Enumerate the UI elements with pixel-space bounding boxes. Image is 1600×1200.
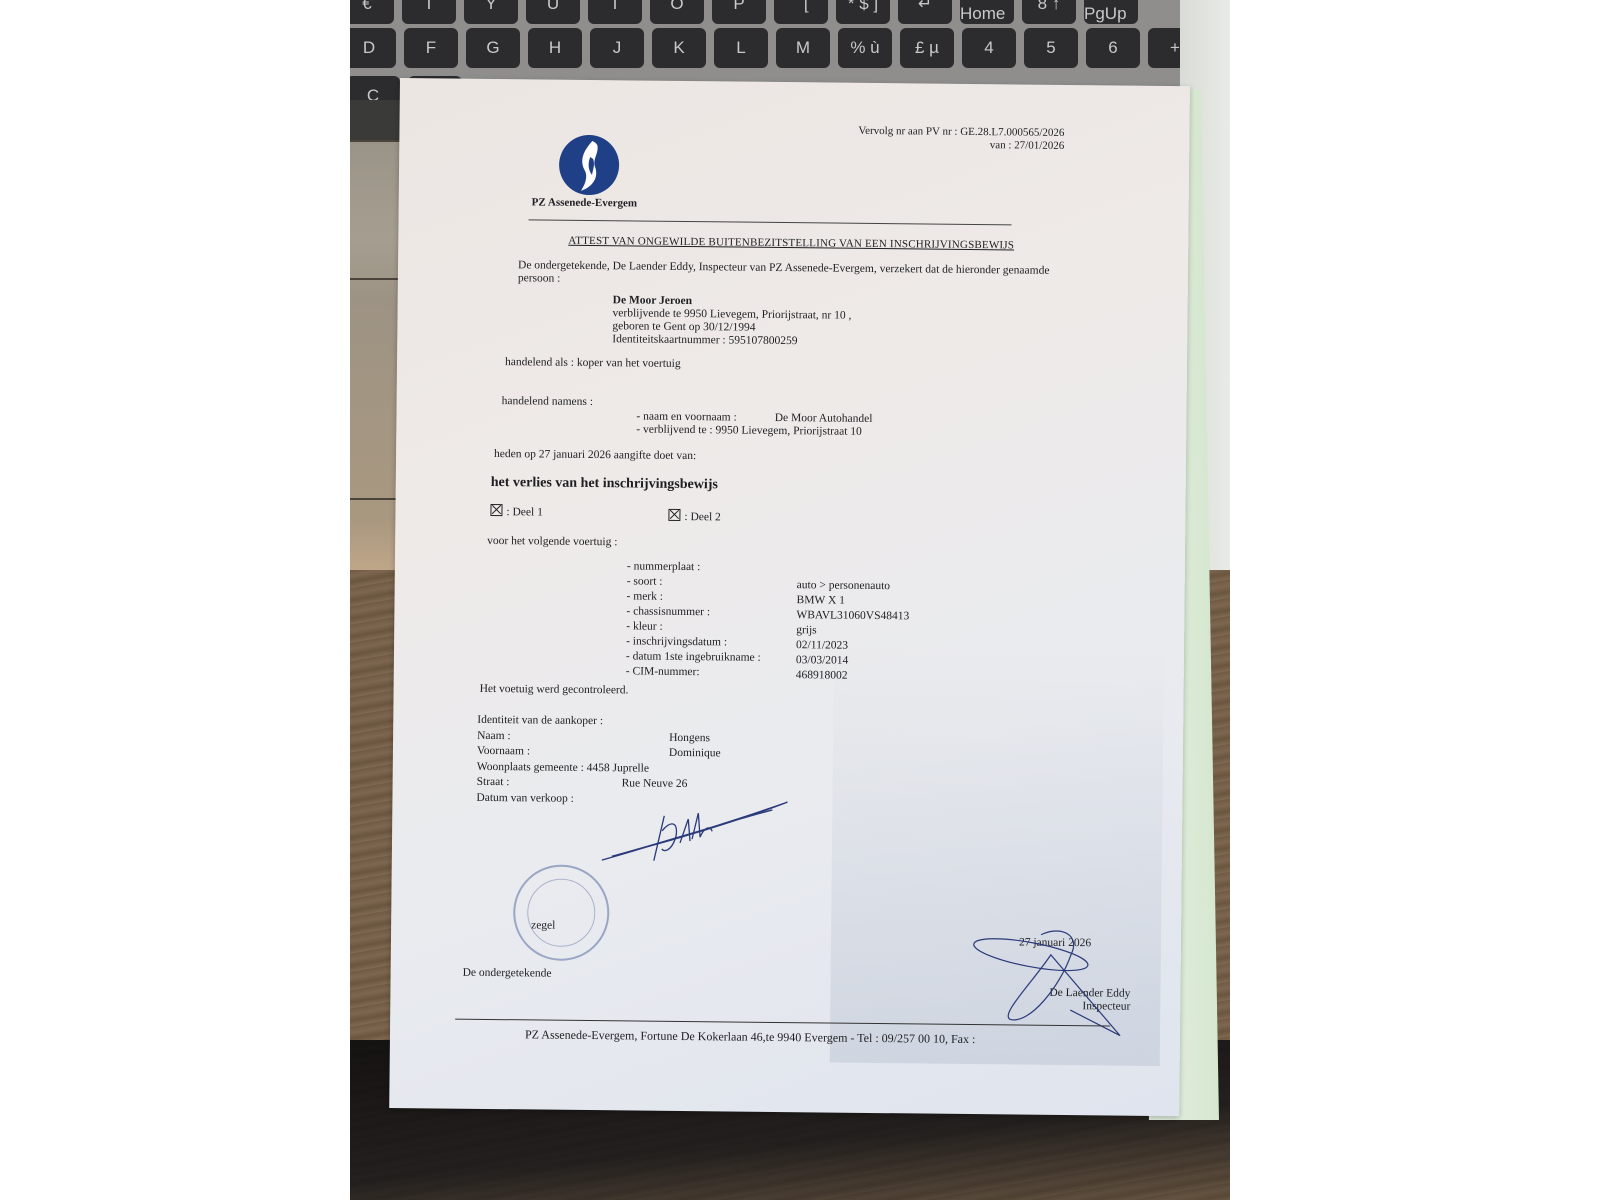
on-behalf-name-label: - naam en voornaam : [636, 410, 736, 423]
buyer-name: Hongens [669, 730, 710, 746]
header-divider [529, 219, 1012, 225]
keyboard-key: 5 [1024, 28, 1078, 68]
keyboard-key: I [588, 0, 642, 24]
buyer-firstname-label: Voornaam : [477, 745, 530, 758]
on-behalf-address-label: - verblijvend te : [636, 423, 712, 436]
photo-scene: €TYUIOP¨ [* $ ]↵7 Home8 ↑9 PgUpDFGHJKLM%… [350, 0, 1230, 1200]
keyboard-key: 6 [1086, 28, 1140, 68]
keyboard-key: 9 PgUp [1084, 0, 1138, 24]
part-2-label: : Deel 2 [684, 511, 721, 523]
pv-date: van : 27/01/2026 [858, 138, 1064, 153]
vehicle-field-value: 02/11/2023 [796, 639, 848, 652]
document-title: ATTEST VAN ONGEWILDE BUITENBEZITSTELLING… [568, 235, 1014, 252]
keyboard-key: ↵ [898, 0, 952, 24]
buyer-firstname: Dominique [669, 746, 721, 762]
keyboard-key: O [650, 0, 704, 24]
vehicle-field-label: - chassisnummer : [626, 605, 710, 618]
seal-label: zegel [531, 919, 555, 932]
checked-box-icon [668, 509, 680, 521]
vehicle-field-value: BMW X 1 [796, 594, 844, 607]
declaration: heden op 27 januari 2026 aangifte doet v… [494, 448, 696, 463]
keyboard-key: G [466, 28, 520, 68]
vehicle-field-value: 468918002 [796, 669, 848, 682]
keyboard-key: U [526, 0, 580, 24]
officer-signature [970, 924, 1141, 1046]
vehicle-field-label: - soort : [627, 575, 663, 587]
vehicle-checked-note: Het voetuig werd gecontroleerd. [480, 683, 629, 698]
acting-on-behalf-label: handelend namens : [502, 395, 593, 409]
buyer-name-label: Naam : [477, 729, 511, 741]
part-1-checkbox[interactable]: : Deel 1 [490, 504, 543, 520]
intro-text: De ondergetekende, De Laender Eddy, Insp… [518, 259, 1050, 291]
buyer-heading: Identiteit van de aankoper : [477, 713, 649, 730]
keyboard-key: 8 ↑ [1022, 0, 1076, 24]
pv-number: Vervolg nr aan PV nr : GE.28.L7.000565/2… [858, 125, 1064, 140]
acting-as: handelend als : koper van het voertuig [505, 356, 681, 371]
keyboard-key: M [776, 28, 830, 68]
vehicle-field-label: - datum 1ste ingebruikname : [626, 650, 761, 663]
checked-box-icon [490, 504, 502, 516]
buyer-signature [592, 790, 793, 872]
seal-inner-ring [527, 878, 596, 947]
vehicle-field-value: grijs [796, 624, 817, 636]
keyboard-key: * $ ] [836, 0, 890, 24]
person-block: De Moor Jeroen verblijvende te 9950 Liev… [612, 294, 851, 348]
keyboard-key: K [652, 28, 706, 68]
keyboard-key: % ù [838, 28, 892, 68]
keyboard-key: J [590, 28, 644, 68]
police-flame-logo-icon [559, 135, 620, 196]
on-behalf-block: - naam en voornaam :De Moor Autohandel -… [636, 410, 872, 438]
person-id-card: Identiteitskaartnummer : 595107800259 [612, 333, 851, 349]
vehicle-field-label: - kleur : [626, 620, 663, 632]
vehicle-field-label: - merk : [627, 590, 664, 602]
signatory-left-label: De ondergetekende [463, 967, 552, 981]
declaration-subject: het verlies van het inschrijvingsbewijs [491, 475, 718, 493]
keyboard-key: € [350, 0, 394, 24]
police-attestation-document: Vervolg nr aan PV nr : GE.28.L7.000565/2… [389, 78, 1190, 1116]
keyboard-key: H [528, 28, 582, 68]
keyboard-key: P [712, 0, 766, 24]
keyboard-key: F [404, 28, 458, 68]
vehicle-field-label: - inschrijvingsdatum : [626, 635, 727, 648]
keyboard-key: £ µ [900, 28, 954, 68]
vehicle-intro: voor het volgende voertuig : [487, 535, 617, 549]
vehicle-field-value: auto > personenauto [797, 579, 890, 592]
pv-reference: Vervolg nr aan PV nr : GE.28.L7.000565/2… [858, 125, 1064, 153]
buyer-street-label: Straat : [477, 776, 510, 788]
keyboard-key: T [402, 0, 456, 24]
part-2-checkbox[interactable]: : Deel 2 [668, 509, 721, 525]
document-footer: PZ Assenede-Evergem, Fortune De Kokerlaa… [525, 1027, 976, 1047]
vehicle-field-value: 03/03/2014 [796, 654, 849, 667]
keyboard-key: L [714, 28, 768, 68]
keyboard-key: D [350, 28, 396, 68]
vehicle-field-value: WBAVL31060VS48413 [796, 609, 909, 622]
keyboard-key: 4 [962, 28, 1016, 68]
buyer-city-label: Woonplaats gemeente : [477, 760, 584, 773]
police-zone-name: PZ Assenede-Evergem [532, 196, 638, 209]
part-1-label: : Deel 1 [506, 506, 543, 518]
police-seal-stamp [513, 864, 610, 961]
vehicle-field-label: - CIM-nummer: [626, 665, 700, 678]
keyboard-key: ¨ [ [774, 0, 828, 24]
on-behalf-address: 9950 Lievegem, Priorijstraat 10 [715, 424, 861, 438]
buyer-city: 4458 Juprelle [587, 761, 649, 774]
on-behalf-name: De Moor Autohandel [775, 412, 873, 425]
keyboard-key: 7 Home [960, 0, 1014, 24]
keyboard-key: Y [464, 0, 518, 24]
vehicle-field-label: - nummerplaat : [627, 560, 701, 573]
